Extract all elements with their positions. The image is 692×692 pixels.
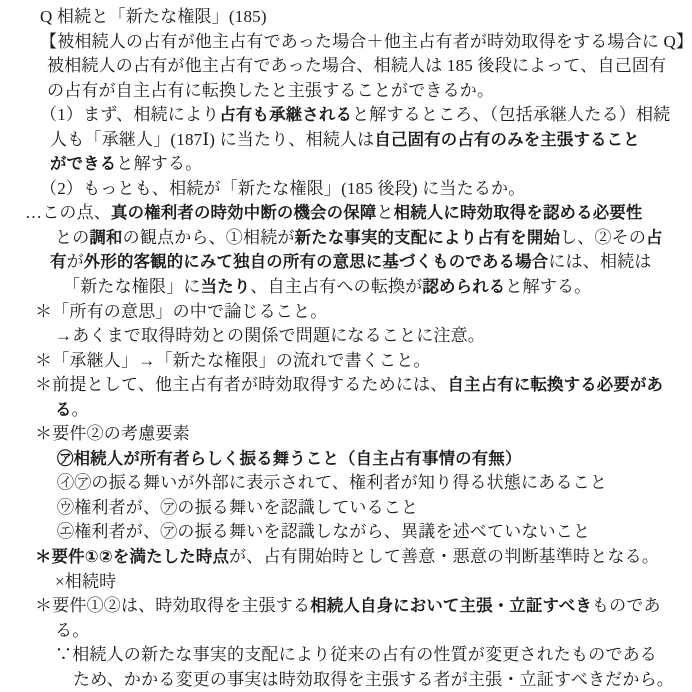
text-run: との: [55, 228, 89, 247]
text-line: ＊要件②の考慮要素: [0, 422, 692, 447]
bold-text-run: 相続人自身において主張・立証すべき: [310, 597, 592, 615]
text-line: ＊要件①②は、時効取得を主張する相続人自身において主張・立証すべきものであ: [0, 594, 692, 619]
text-run: が、占有開始時として善意・悪意の判断基準時となる。: [229, 547, 659, 566]
bold-text-run: 調和: [89, 229, 122, 247]
text-run: ものであ: [592, 596, 661, 615]
text-line: 被相続人の占有が他主占有であった場合、相続人は 185 後段によって、自己固有: [0, 54, 692, 79]
text-line: 人も「承継人」(187Ⅰ) に当たり、相続人は自己固有の占有のみを主張すること: [0, 128, 692, 153]
text-line: ＊「所有の意思」の中で論じること。: [0, 300, 692, 325]
text-run: 「新たな権限」に: [63, 277, 201, 296]
bold-text-run: ㋐相続人が所有者らしく振る舞うこと（自主占有事情の有無）: [57, 450, 522, 468]
bold-text-run: 外形的客観的にみて独自の所有の意思に基づくものである場合: [84, 253, 549, 271]
text-line: ×相続時: [0, 570, 692, 595]
text-line: ㋑㋐の振る舞いが外部に表示されて、権利者が知り得る状態にあること: [0, 471, 692, 496]
bold-text-run: 真の権利者の時効中断の機会の保障: [111, 204, 376, 222]
text-line: ＊前提として、他主占有者が時効取得するためには、自主占有に転換する必要があ: [0, 373, 692, 398]
text-line: …この点、真の権利者の時効中断の機会の保障と相続人に時効取得を認める必要性: [0, 201, 692, 226]
text-line: ができると解する。: [0, 152, 692, 177]
text-line: 「新たな権限」に当たり、自主占有への転換が認められると解する。: [0, 275, 692, 300]
page-title: Q 相続と「新たな権限」(185): [0, 5, 692, 30]
text-line: ため、かかる変更の事実は時効取得を主張する者が主張・立証すべきだから。: [0, 668, 692, 692]
text-line: ＊要件①②を満たした時点が、占有開始時として善意・悪意の判断基準時となる。: [0, 545, 692, 570]
text-line: との調和の観点から、①相続が新たな事実的支配により占有を開始し、②その占: [0, 226, 692, 251]
text-run: と解する。: [505, 277, 591, 296]
text-line: （2）もっとも、相続が「新たな権限」(185 後段) に当たるか。: [0, 177, 692, 202]
text-line: ㋒権利者が、㋐の振る舞いを認識していること: [0, 496, 692, 521]
text-run: →あくまで取得時効との関係で問題になることに注意。: [55, 326, 485, 345]
text-run: の占有が自主占有に転換したと主張することができるか。: [47, 81, 494, 100]
text-run: ∵相続人の新たな事実的支配により従来の占有の性質が変更されたものである: [55, 645, 657, 664]
text-run: Q 相続と「新たな権限」(185): [40, 7, 267, 26]
text-run: ＊「承継人」→「新たな権限」の流れで書くこと。: [35, 351, 431, 370]
text-run: には、相続は: [548, 252, 651, 271]
bold-text-run: 自己固有の占有のみを主張すること: [374, 131, 639, 149]
bold-text-run: 占: [646, 229, 663, 247]
text-run: が: [67, 252, 84, 271]
text-run: ×相続時: [55, 572, 116, 591]
text-run: 【被相続人の占有が他主占有であった場合＋他主占有者が時効取得をする場合に Q】: [40, 32, 692, 51]
text-run: と解するところ、（包括承継人たる）相続: [352, 105, 670, 124]
text-run: ため、かかる変更の事実は時効取得を主張する者が主張・立証すべきだから。: [73, 670, 674, 689]
text-line: ㋓権利者が、㋐の振る舞いを認識しながら、異議を述べていないこと: [0, 520, 692, 545]
text-run: と: [376, 203, 393, 222]
text-run: し、②その: [560, 228, 646, 247]
text-run: と解する。: [116, 154, 202, 173]
text-line: ∵相続人の新たな事実的支配により従来の占有の性質が変更されたものである: [0, 643, 692, 668]
bold-text-run: る: [55, 401, 72, 419]
bold-text-run: 自主占有に転換する必要があ: [447, 376, 663, 394]
text-line: 有が外形的客観的にみて独自の所有の意思に基づくものである場合には、相続は: [0, 250, 692, 275]
bold-text-run: 相続人に時効取得を認める必要性: [394, 204, 643, 222]
text-run: …この点、: [25, 203, 111, 222]
text-run: ＊「所有の意思」の中で論じること。: [35, 302, 327, 321]
bold-text-run: 新たな事実的支配により占有を開始: [295, 229, 560, 247]
text-line: る。: [0, 619, 692, 644]
text-line: の占有が自主占有に転換したと主張することができるか。: [0, 79, 692, 104]
document-page: Q 相続と「新たな権限」(185)【被相続人の占有が他主占有であった場合＋他主占…: [0, 0, 692, 692]
text-line: 【被相続人の占有が他主占有であった場合＋他主占有者が時効取得をする場合に Q】: [0, 30, 692, 55]
bold-text-run: 認められる: [422, 278, 505, 296]
text-run: ㋑㋐の振る舞いが外部に表示されて、権利者が知り得る状態にあること: [57, 473, 607, 492]
bold-text-run: ができる: [50, 155, 116, 173]
bold-text-run: 占有も承継される: [219, 106, 352, 124]
text-run: ㋒権利者が、㋐の振る舞いを認識していること: [57, 498, 418, 517]
text-run: 。: [72, 400, 89, 419]
text-line: （1）まず、相続により占有も承継されると解するところ、（包括承継人たる）相続: [0, 103, 692, 128]
text-line: →あくまで取得時効との関係で問題になることに注意。: [0, 324, 692, 349]
bold-text-run: ＊要件①②を満たした時点: [35, 548, 229, 566]
text-run: る。: [55, 621, 89, 640]
text-run: の観点から、①相続が: [123, 228, 295, 247]
text-run: ＊要件①②は、時効取得を主張する: [35, 596, 310, 615]
bold-text-run: 当たり: [201, 278, 251, 296]
text-run: 、自主占有への転換が: [250, 277, 422, 296]
text-line: ＊「承継人」→「新たな権限」の流れで書くこと。: [0, 349, 692, 374]
bold-text-run: 有: [50, 253, 67, 271]
text-line: る。: [0, 398, 692, 423]
text-run: ＊前提として、他主占有者が時効取得するためには、: [35, 375, 447, 394]
text-run: 被相続人の占有が他主占有であった場合、相続人は 185 後段によって、自己固有: [47, 56, 666, 75]
text-run: （2）もっとも、相続が「新たな権限」(185 後段) に当たるか。: [40, 179, 525, 198]
text-run: （1）まず、相続により: [40, 105, 219, 124]
text-run: ＊要件②の考慮要素: [35, 424, 190, 443]
text-run: 人も「承継人」(187Ⅰ) に当たり、相続人は: [50, 130, 374, 149]
text-line: ㋐相続人が所有者らしく振る舞うこと（自主占有事情の有無）: [0, 447, 692, 472]
text-run: ㋓権利者が、㋐の振る舞いを認識しながら、異議を述べていないこと: [57, 522, 590, 541]
